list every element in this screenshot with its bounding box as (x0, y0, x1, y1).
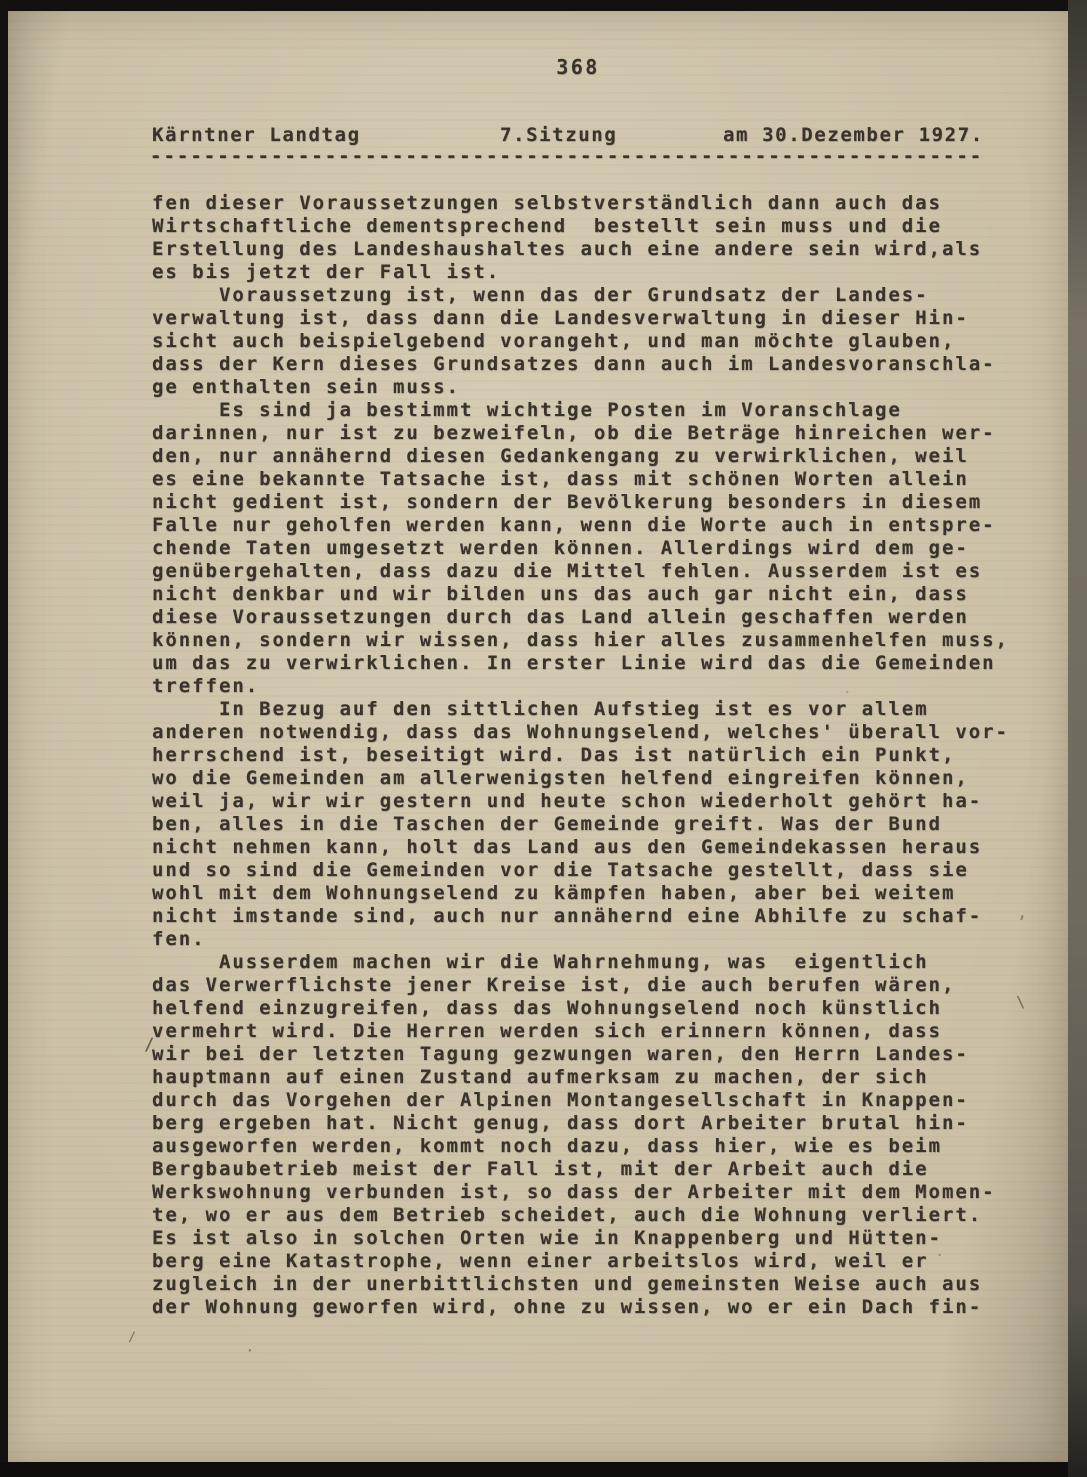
header-date: am 30.Dezember 1927. (723, 124, 984, 146)
pencil-mark: ∕ (128, 1331, 136, 1344)
scan-edge-left (0, 0, 8, 1477)
scan-edge-right (1068, 0, 1087, 1477)
header-divider-rule: ----------------------------------------… (150, 145, 983, 167)
document-body-text: fen dieser Voraussetzungen selbstverstän… (152, 192, 1009, 1319)
scan-edge-top (0, 0, 1087, 11)
page-number: 368 (158, 55, 998, 79)
pencil-mark: ∕ (144, 1037, 154, 1054)
pencil-mark: \ (1016, 995, 1025, 1010)
header-title: Kärntner Landtag (152, 124, 361, 146)
paper-sheet: 368 Kärntner Landtag 7.Sitzung am 30.Dez… (8, 11, 1068, 1462)
pencil-mark: · (936, 1249, 943, 1261)
scan-edge-bottom (0, 1462, 1087, 1477)
pencil-mark: · (844, 687, 851, 698)
header-session: 7.Sitzung (500, 124, 617, 146)
pencil-mark: , (1018, 907, 1026, 921)
scanned-page: 368 Kärntner Landtag 7.Sitzung am 30.Dez… (0, 0, 1087, 1477)
pencil-mark: · (246, 1345, 254, 1358)
